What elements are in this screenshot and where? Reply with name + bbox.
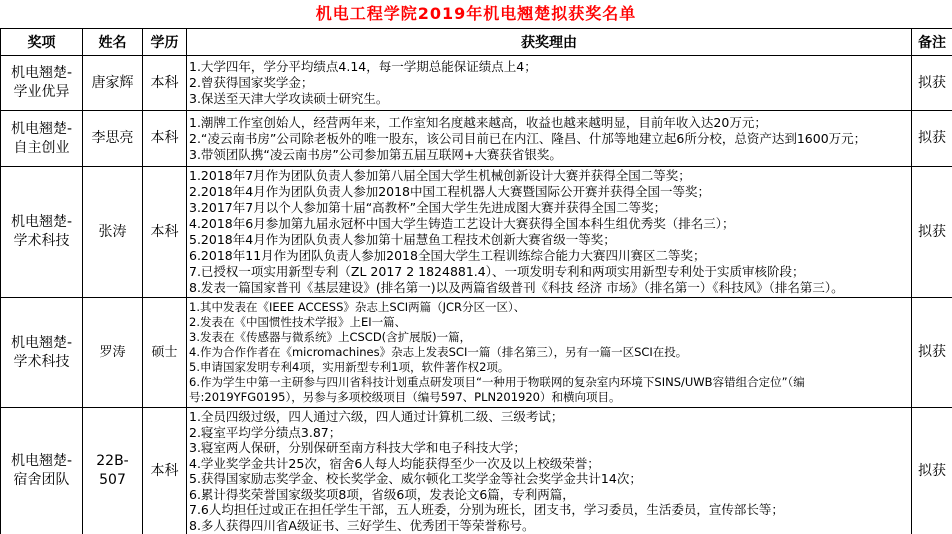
name-cell: 李思亮 [83,111,143,167]
name-cell: 张涛 [83,167,143,298]
col-header-remark: 备注 [912,29,952,56]
degree-cell: 本科 [143,167,187,298]
table-row: 机电翘楚- 学术科技 罗涛 硕士 1.其中发表在《IEEE ACCESS》杂志上… [1,298,952,408]
table-row: 机电翘楚- 自主创业 李思亮 本科 1.潮牌工作室创始人，经营两年来，工作室知名… [1,111,952,167]
award-cell: 机电翘楚- 自主创业 [1,111,83,167]
degree-cell: 本科 [143,408,187,534]
remark-cell: 拟获 [912,56,952,111]
award-cell: 机电翘楚- 学术科技 [1,167,83,298]
reasons-cell: 1.大学四年，学分平均绩点4.14，每一学期总能保证绩点上4； 2.曾获得国家奖… [187,56,912,111]
remark-cell: 拟获 [912,111,952,167]
col-header-name: 姓名 [83,29,143,56]
table-header-row: 奖项 姓名 学历 获奖理由 备注 [1,29,952,56]
col-header-award: 奖项 [1,29,83,56]
remark-cell: 拟获 [912,408,952,534]
col-header-degree: 学历 [143,29,187,56]
name-cell: 罗涛 [83,298,143,408]
name-cell: 22B-507 [83,408,143,534]
reasons-cell: 1.2018年7月作为团队负责人参加第八届全国大学生机械创新设计大赛并获得全国二… [187,167,912,298]
table-row: 机电翘楚- 学业优异 唐家辉 本科 1.大学四年，学分平均绩点4.14，每一学期… [1,56,952,111]
name-cell: 唐家辉 [83,56,143,111]
degree-cell: 本科 [143,111,187,167]
table-row: 机电翘楚- 宿舍团队 22B-507 本科 1.全员四级过级，四人通过六级，四人… [1,408,952,534]
award-list-page: 机电工程学院2019年机电翘楚拟获奖名单 奖项 姓名 学历 获奖理由 备注 机电… [0,0,952,534]
col-header-reasons: 获奖理由 [187,29,912,56]
degree-cell: 硕士 [143,298,187,408]
award-cell: 机电翘楚- 学业优异 [1,56,83,111]
degree-cell: 本科 [143,56,187,111]
award-cell: 机电翘楚- 学术科技 [1,298,83,408]
page-title: 机电工程学院2019年机电翘楚拟获奖名单 [0,0,952,28]
reasons-cell: 1.潮牌工作室创始人，经营两年来，工作室知名度越来越高，收益也越来越明显，目前年… [187,111,912,167]
remark-cell: 拟获 [912,298,952,408]
award-cell: 机电翘楚- 宿舍团队 [1,408,83,534]
reasons-cell: 1.全员四级过级，四人通过六级，四人通过计算机二级、三级考试； 2.寝室平均学分… [187,408,912,534]
award-table: 奖项 姓名 学历 获奖理由 备注 机电翘楚- 学业优异 唐家辉 本科 1.大学四… [0,28,952,534]
remark-cell: 拟获 [912,167,952,298]
table-row: 机电翘楚- 学术科技 张涛 本科 1.2018年7月作为团队负责人参加第八届全国… [1,167,952,298]
reasons-cell: 1.其中发表在《IEEE ACCESS》杂志上SCI两篇（JCR分区一区）、 2… [187,298,912,408]
